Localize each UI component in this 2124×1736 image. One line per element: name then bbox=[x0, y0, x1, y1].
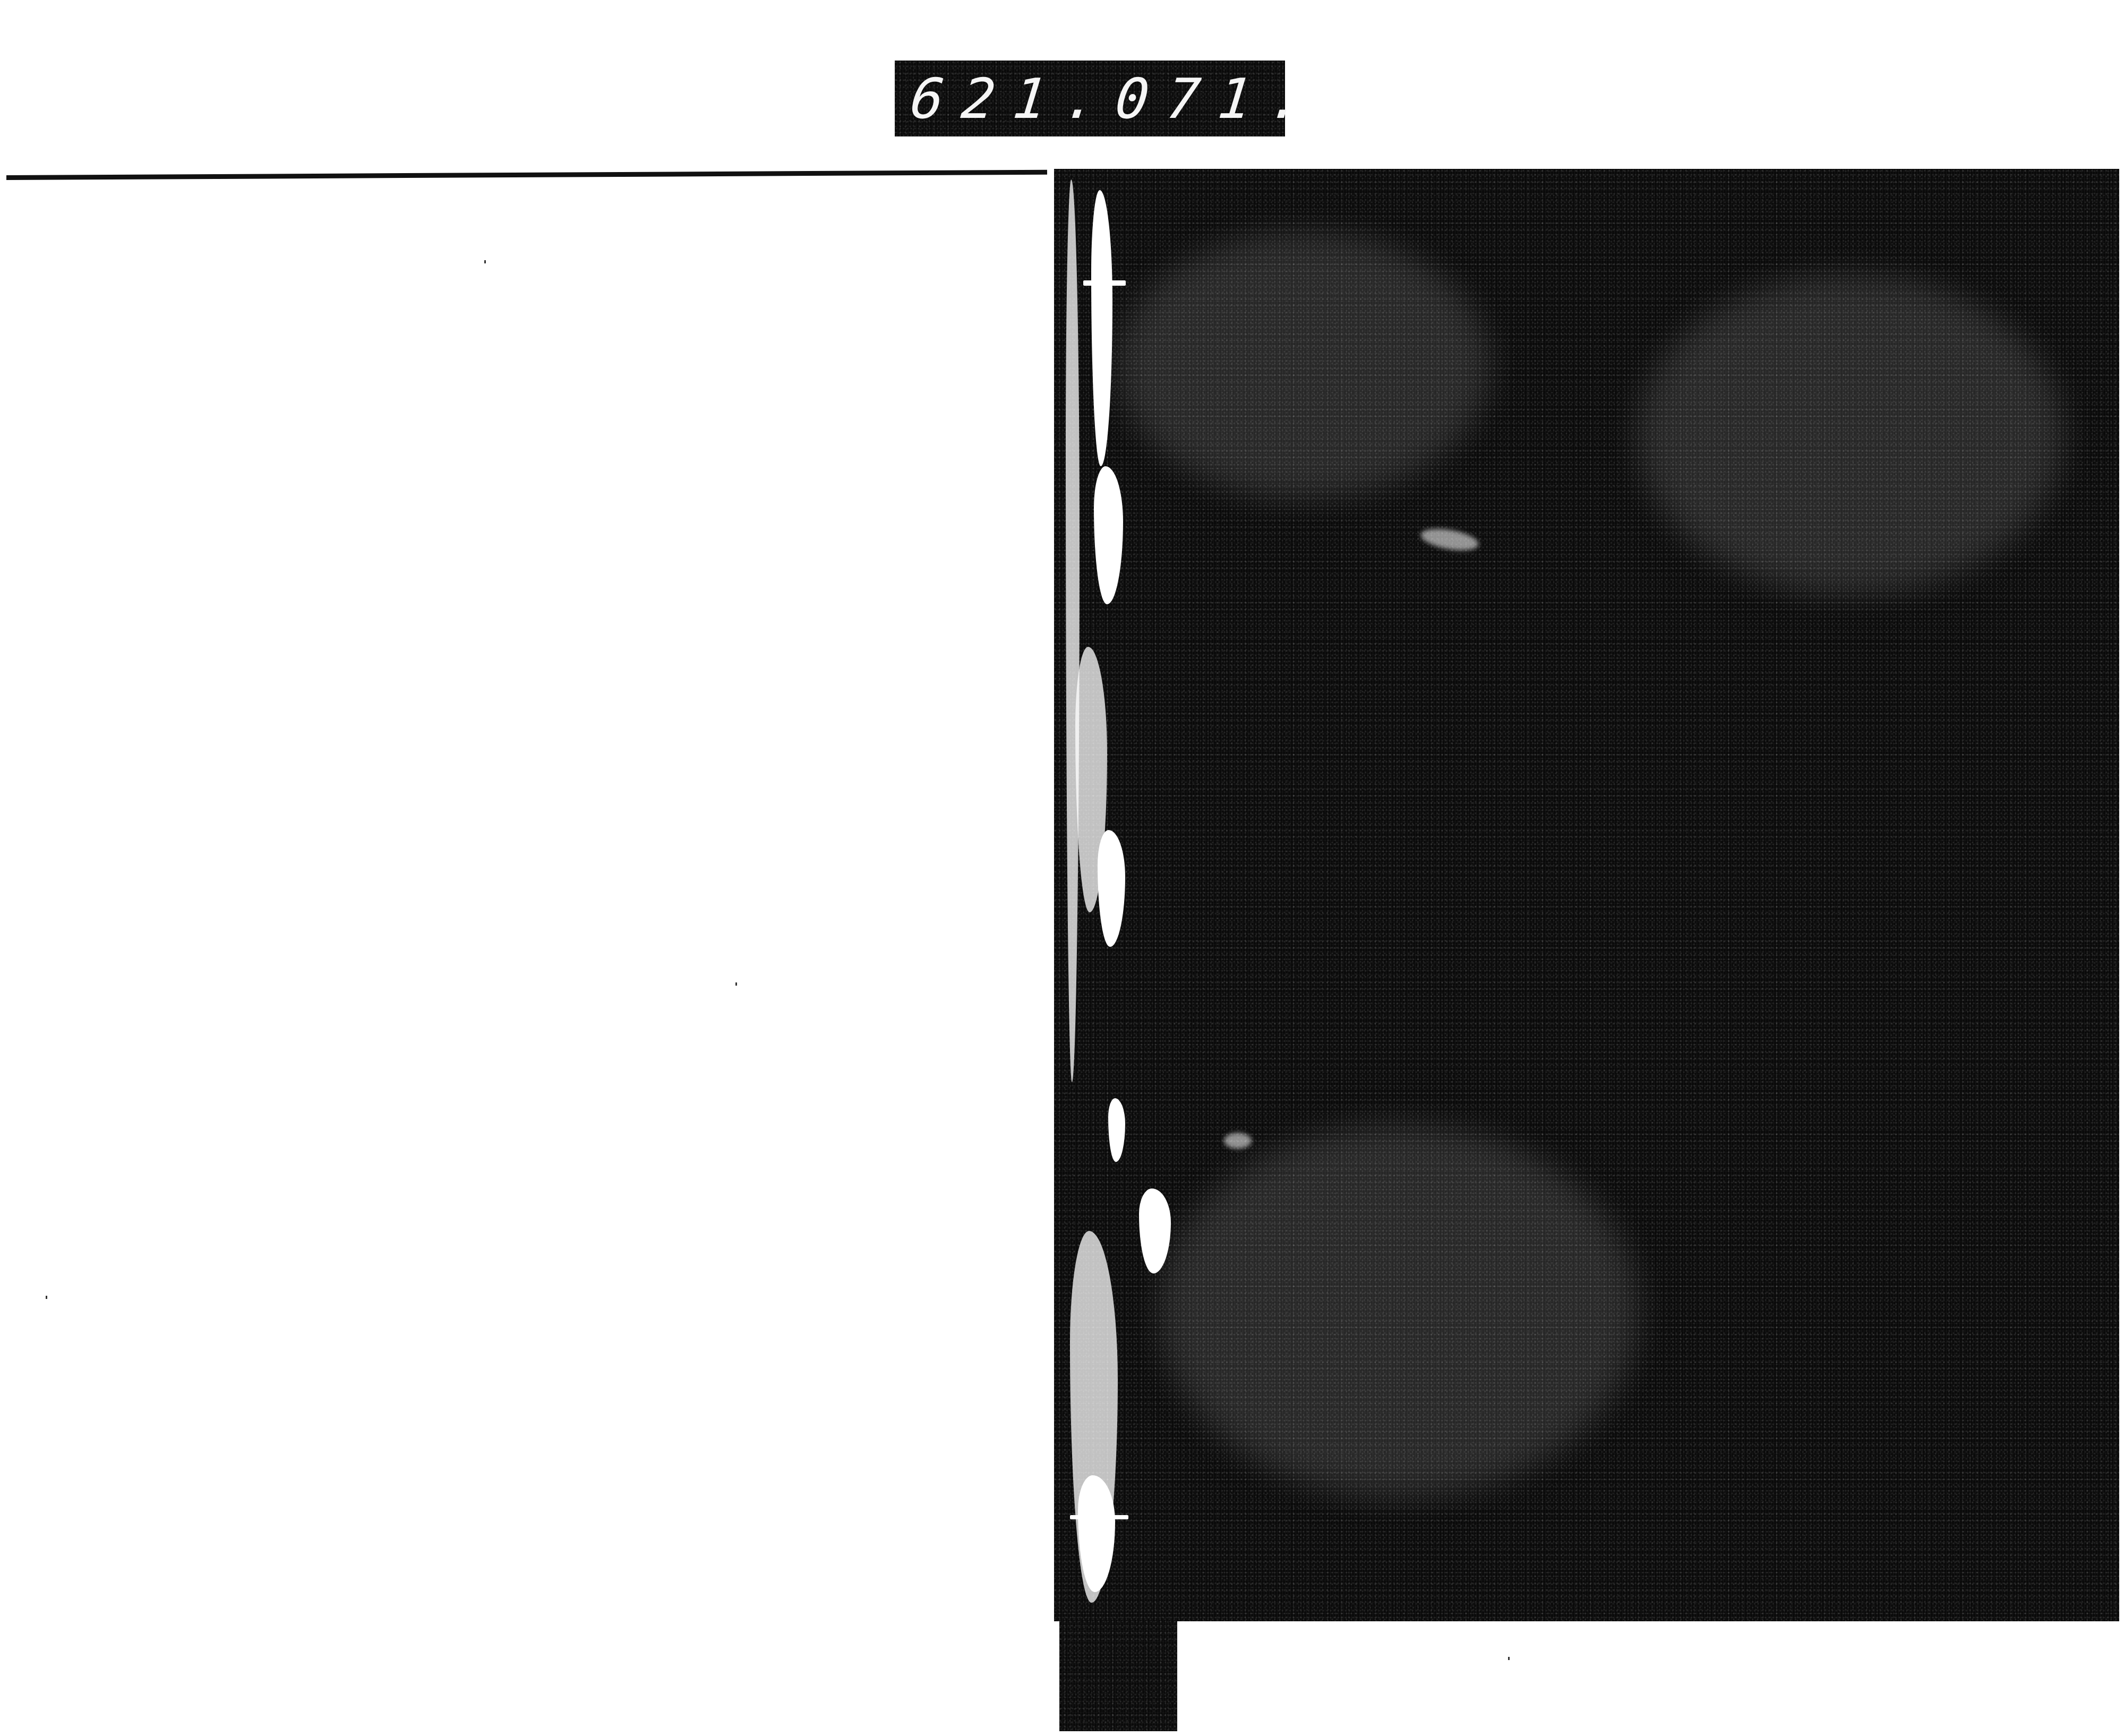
reel-label-right-group: 071. bbox=[1116, 71, 1321, 126]
reel-number-left: 621. bbox=[908, 71, 1119, 126]
cover-scuff bbox=[1224, 1133, 1252, 1149]
cover-light-patch bbox=[1638, 275, 2063, 594]
book-cover bbox=[1054, 169, 2119, 1621]
scan-speck bbox=[484, 260, 486, 263]
cover-scuff bbox=[1419, 525, 1480, 554]
scan-speck bbox=[1508, 1657, 1510, 1660]
scan-speck bbox=[46, 1296, 47, 1299]
scan-speck bbox=[735, 982, 737, 986]
page-top-rule bbox=[6, 170, 1047, 180]
reel-label: 621. 071. bbox=[895, 61, 1285, 136]
cover-light-patch bbox=[1160, 1125, 1638, 1496]
cover-light-patch bbox=[1118, 233, 1489, 498]
book-spine-tail bbox=[1059, 1620, 1177, 1731]
reel-number-right: 071. bbox=[1113, 71, 1324, 126]
reel-label-left-group: 621. bbox=[911, 71, 1116, 126]
